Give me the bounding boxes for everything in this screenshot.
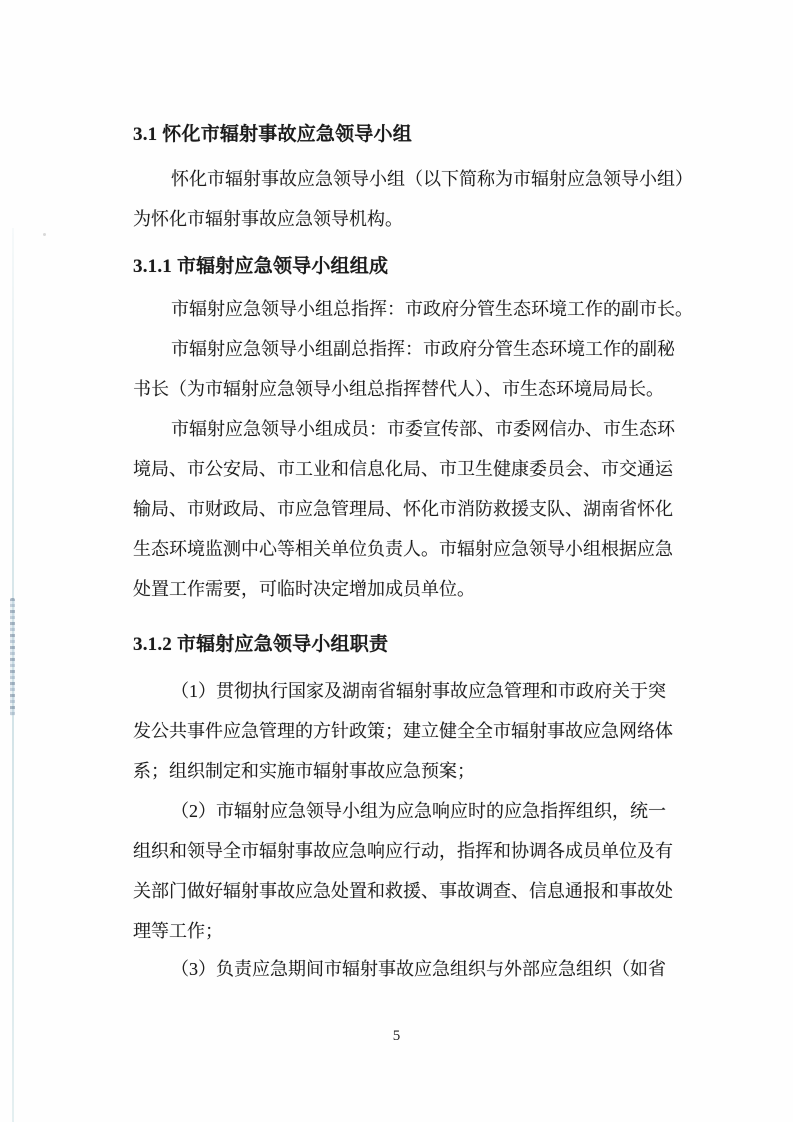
document-page: 3.1 怀化市辐射事故应急领导小组 怀化市辐射事故应急领导小组（以下简称为市辐射… bbox=[0, 0, 793, 1122]
heading-3-1: 3.1 怀化市辐射事故应急领导小组 bbox=[133, 122, 733, 148]
paragraph-line: （2）市辐射应急领导小组为应急响应时的应急指挥组织，统一 bbox=[133, 798, 771, 824]
paragraph-line: 为怀化市辐射事故应急领导机构。 bbox=[133, 206, 733, 232]
paragraph-line: 发公共事件应急管理的方针政策；建立健全全市辐射事故应急网络体 bbox=[133, 718, 733, 744]
paragraph-line: 市辐射应急领导小组副总指挥：市政府分管生态环境工作的副秘 bbox=[133, 336, 771, 362]
paragraph-line: 关部门做好辐射事故应急处置和救援、事故调查、信息通报和事故处 bbox=[133, 878, 733, 904]
paragraph-line: 市辐射应急领导小组总指挥：市政府分管生态环境工作的副市长。 bbox=[133, 296, 771, 322]
paragraph-line: 书长（为市辐射应急领导小组总指挥替代人）、市生态环境局局长。 bbox=[133, 376, 733, 402]
heading-3-1-1: 3.1.1 市辐射应急领导小组组成 bbox=[133, 254, 733, 280]
paragraph-line: 系；组织制定和实施市辐射事故应急预案； bbox=[133, 758, 733, 784]
scan-artifact-smudge bbox=[10, 598, 15, 716]
paragraph-line: （3）负责应急期间市辐射事故应急组织与外部应急组织（如省 bbox=[133, 956, 771, 982]
scan-artifact-speck bbox=[43, 233, 46, 236]
paragraph-line: 市辐射应急领导小组成员：市委宣传部、市委网信办、市生态环 bbox=[133, 416, 771, 442]
paragraph-line: 处置工作需要，可临时决定增加成员单位。 bbox=[133, 576, 733, 602]
paragraph-line: 输局、市财政局、市应急管理局、怀化市消防救援支队、湖南省怀化 bbox=[133, 496, 733, 522]
paragraph-line: 怀化市辐射事故应急领导小组（以下简称为市辐射应急领导小组） bbox=[133, 166, 771, 192]
paragraph-line: 境局、市公安局、市工业和信息化局、市卫生健康委员会、市交通运 bbox=[133, 456, 733, 482]
heading-3-1-2: 3.1.2 市辐射应急领导小组职责 bbox=[133, 632, 733, 658]
paragraph-line: （1）贯彻执行国家及湖南省辐射事故应急管理和市政府关于突 bbox=[133, 678, 771, 704]
paragraph-line: 理等工作； bbox=[133, 918, 733, 944]
paragraph-line: 生态环境监测中心等相关单位负责人。市辐射应急领导小组根据应急 bbox=[133, 536, 733, 562]
paragraph-line: 组织和领导全市辐射事故应急响应行动，指挥和协调各成员单位及有 bbox=[133, 838, 733, 864]
page-number: 5 bbox=[0, 1028, 793, 1045]
